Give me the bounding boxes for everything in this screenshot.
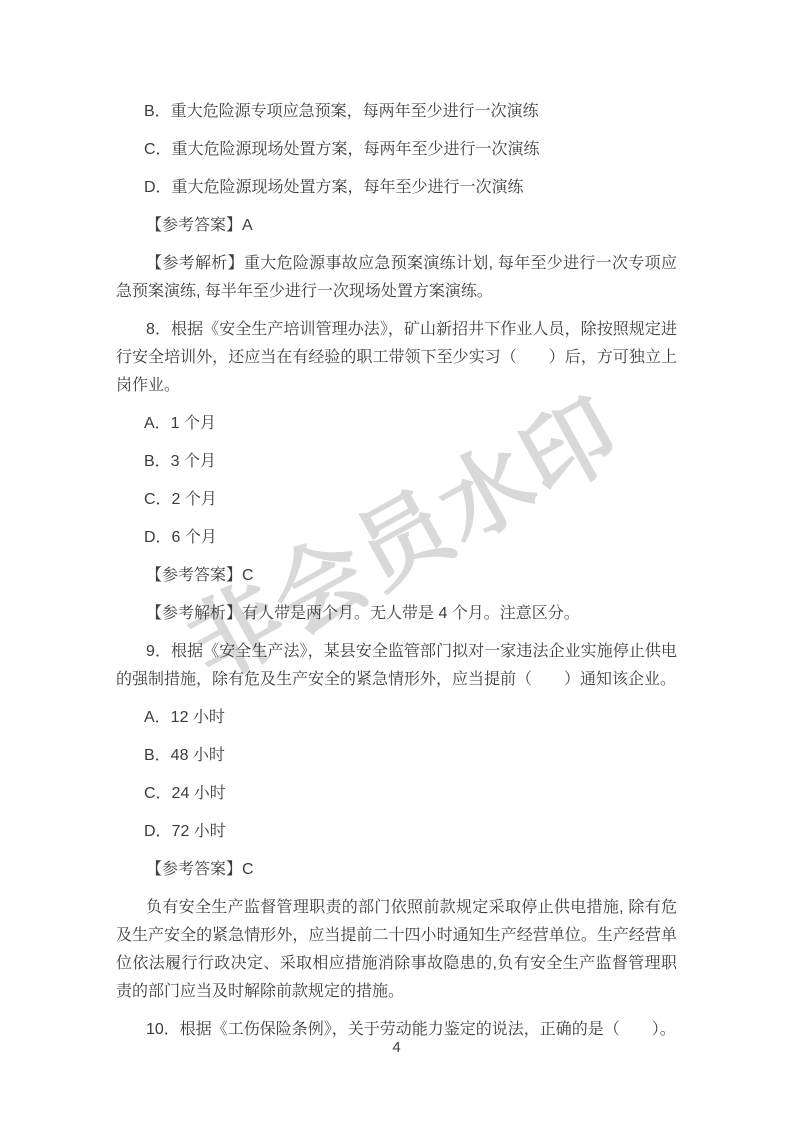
question-8: 8．根据《安全生产培训管理办法》，矿山新招井下作业人员，除按照规定进行安全培训外… [116, 316, 677, 400]
q9-answer-line: 【参考答案】C [116, 856, 677, 884]
q8-analysis: 【参考解析】有人带是两个月。无人带是 4 个月。注意区分。 [116, 600, 677, 628]
q8-option-d: D．6 个月 [116, 524, 677, 552]
q7-option-c: C．重大危险源现场处置方案，每两年至少进行一次演练 [116, 136, 677, 164]
q9-option-c: C．24 小时 [116, 780, 677, 808]
q7-option-b: B．重大危险源专项应急预案，每两年至少进行一次演练 [116, 98, 677, 126]
q8-option-a: A．1 个月 [116, 410, 677, 438]
q9-option-a: A．12 小时 [116, 704, 677, 732]
q7-option-d: D．重大危险源现场处置方案，每年至少进行一次演练 [116, 174, 677, 202]
q8-option-c: C．2 个月 [116, 486, 677, 514]
document-page: 非会员水印 B．重大危险源专项应急预案，每两年至少进行一次演练 C．重大危险源现… [0, 0, 793, 1122]
q8-option-b: B．3 个月 [116, 448, 677, 476]
q9-option-d: D．72 小时 [116, 818, 677, 846]
q7-analysis: 【参考解析】重大危险源事故应急预案演练计划, 每年至少进行一次专项应急预案演练,… [116, 250, 677, 306]
page-number: 4 [0, 1038, 793, 1058]
question-9: 9．根据《安全生产法》，某县安全监管部门拟对一家违法企业实施停止供电的强制措施，… [116, 638, 677, 694]
q9-explanation: 负有安全生产监督管理职责的部门依照前款规定采取停止供电措施, 除有危及生产安全的… [116, 894, 677, 1006]
q8-answer-line: 【参考答案】C [116, 562, 677, 590]
document-body: B．重大危险源专项应急预案，每两年至少进行一次演练 C．重大危险源现场处置方案，… [116, 98, 677, 1054]
q7-answer-line: 【参考答案】A [116, 212, 677, 240]
q9-option-b: B．48 小时 [116, 742, 677, 770]
